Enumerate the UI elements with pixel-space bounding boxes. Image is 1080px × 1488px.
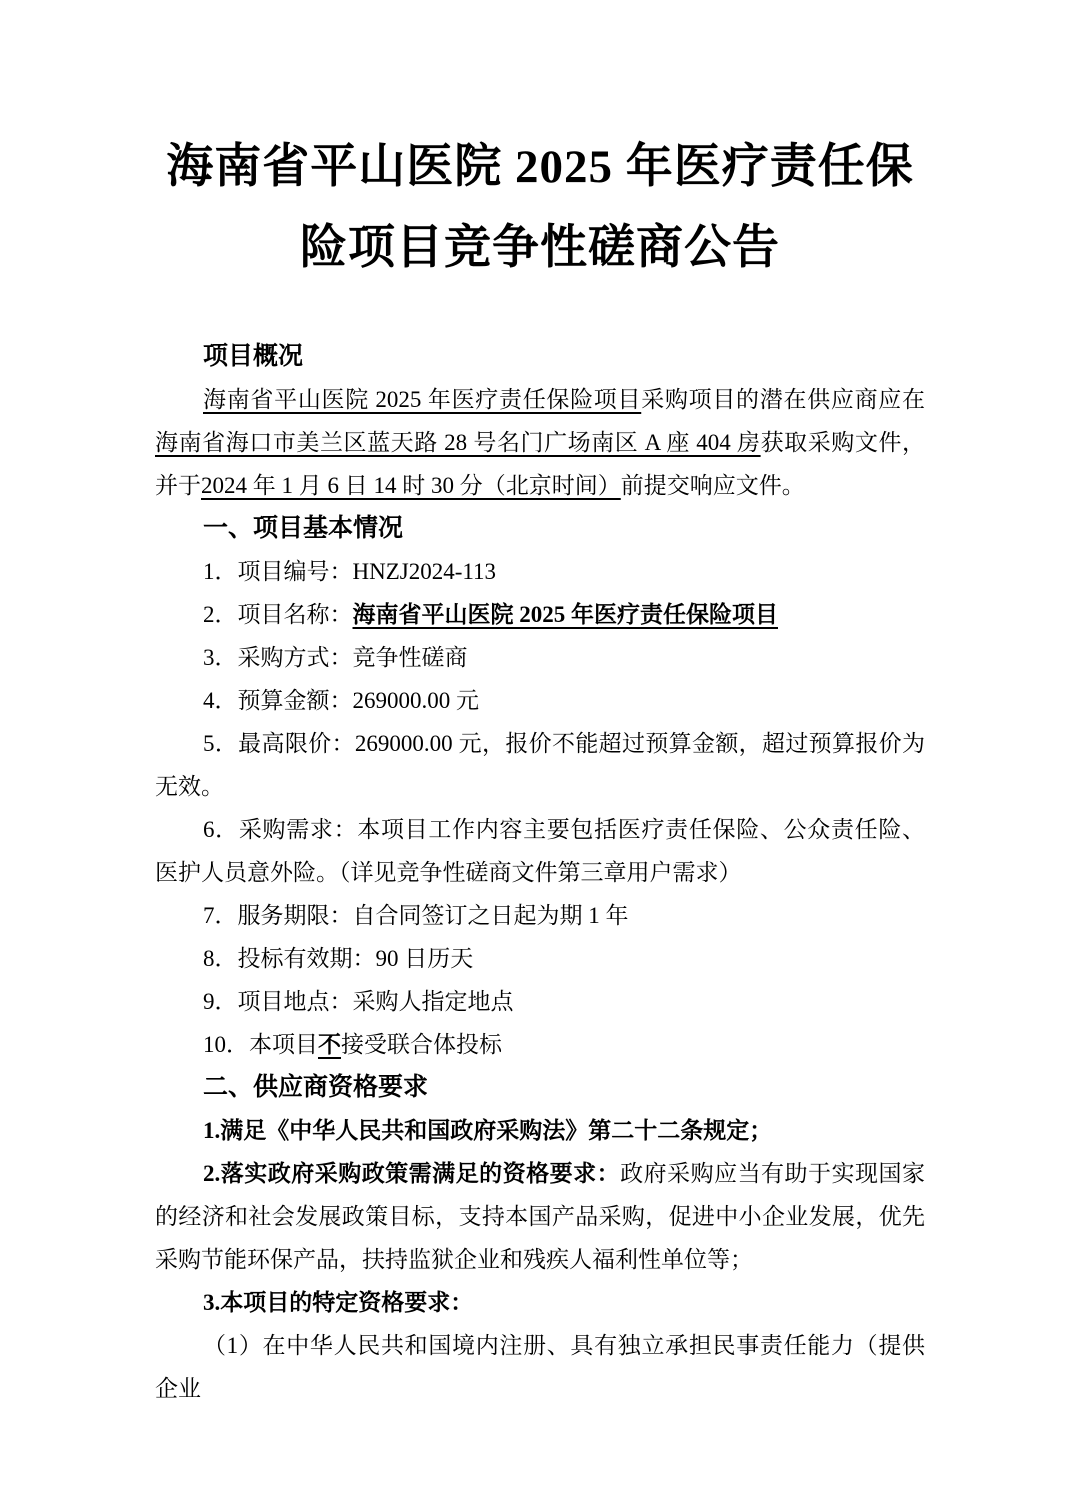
section-heading-1-run-0: 一、项目基本情况 xyxy=(203,515,403,542)
item-project-name-run-1: 海南省平山医院 2025 年医疗责任保险项目 xyxy=(353,602,779,627)
section-heading-overview: 项目概况 xyxy=(155,335,925,378)
section-heading-2-run-0: 二、供应商资格要求 xyxy=(203,1074,428,1101)
section-heading-1: 一、项目基本情况 xyxy=(155,507,925,550)
qualification-3-sub-1: （1）在中华人民共和国境内注册、具有独立承担民事责任能力（提供企业 xyxy=(155,1324,925,1410)
item-max-price: 5．最高限价：269000.00 元，报价不能超过预算金额，超过预算报价为无效。 xyxy=(155,722,925,808)
qualification-3-run-0: 3.本项目的特定资格要求： xyxy=(203,1290,473,1315)
item-bid-validity: 8．投标有效期：90 日历天 xyxy=(155,937,925,980)
document-title-line-2: 险项目竞争性磋商公告 xyxy=(155,208,925,289)
item-no-consortium-run-1: 不 xyxy=(318,1032,341,1057)
item-project-number: 1．项目编号：HNZJ2024-113 xyxy=(155,550,925,593)
item-no-consortium: 10．本项目不接受联合体投标 xyxy=(155,1023,925,1066)
item-budget-amount: 4．预算金额：269000.00 元 xyxy=(155,679,925,722)
overview-paragraph-run-1: 采购项目的潜在供应商应在 xyxy=(641,387,925,412)
qualification-3-sub-1-run-0: （1）在中华人民共和国境内注册、具有独立承担民事责任能力（提供企业 xyxy=(155,1333,925,1401)
document-body: 项目概况海南省平山医院 2025 年医疗责任保险项目采购项目的潜在供应商应在海南… xyxy=(155,335,925,1410)
item-bid-validity-run-0: 8．投标有效期：90 日历天 xyxy=(203,946,473,971)
item-project-name: 2．项目名称：海南省平山医院 2025 年医疗责任保险项目 xyxy=(155,593,925,636)
item-project-location: 9．项目地点：采购人指定地点 xyxy=(155,980,925,1023)
document-title: 海南省平山医院 2025 年医疗责任保 险项目竞争性磋商公告 xyxy=(155,127,925,289)
document-title-line-1: 海南省平山医院 2025 年医疗责任保 xyxy=(155,127,925,208)
overview-paragraph-run-4: 2024 年 1 月 6 日 14 时 30 分（北京时间） xyxy=(201,473,621,498)
section-heading-overview-run-0: 项目概况 xyxy=(203,343,303,370)
item-service-period-run-0: 7．服务期限：自合同签订之日起为期 1 年 xyxy=(203,903,629,928)
qualification-1-run-0: 1.满足《中华人民共和国政府采购法》第二十二条规定； xyxy=(203,1118,772,1143)
qualification-2-run-0: 2.落实政府采购政策需满足的资格要求： xyxy=(203,1161,620,1186)
item-service-period: 7．服务期限：自合同签订之日起为期 1 年 xyxy=(155,894,925,937)
item-no-consortium-run-0: 10．本项目 xyxy=(203,1032,318,1057)
overview-paragraph-run-5: 前提交响应文件。 xyxy=(621,473,805,498)
item-no-consortium-run-2: 接受联合体投标 xyxy=(341,1032,502,1057)
overview-paragraph-run-2: 海南省海口市美兰区蓝天路 28 号名门广场南区 A 座 404 房 xyxy=(155,430,761,455)
item-procurement-method-run-0: 3．采购方式：竞争性磋商 xyxy=(203,645,468,670)
overview-paragraph: 海南省平山医院 2025 年医疗责任保险项目采购项目的潜在供应商应在海南省海口市… xyxy=(155,378,925,507)
section-heading-2: 二、供应商资格要求 xyxy=(155,1066,925,1109)
item-project-location-run-0: 9．项目地点：采购人指定地点 xyxy=(203,989,514,1014)
item-project-number-run-0: 1．项目编号：HNZJ2024-113 xyxy=(203,559,496,584)
item-procurement-method: 3．采购方式：竞争性磋商 xyxy=(155,636,925,679)
overview-paragraph-run-0: 海南省平山医院 2025 年医疗责任保险项目 xyxy=(203,387,641,412)
document-page: 海南省平山医院 2025 年医疗责任保 险项目竞争性磋商公告 项目概况海南省平山… xyxy=(0,0,1080,1488)
item-budget-amount-run-0: 4．预算金额：269000.00 元 xyxy=(203,688,479,713)
item-project-name-run-0: 2．项目名称： xyxy=(203,602,353,627)
qualification-2: 2.落实政府采购政策需满足的资格要求：政府采购应当有助于实现国家的经济和社会发展… xyxy=(155,1152,925,1281)
item-procurement-needs-run-0: 6．采购需求：本项目工作内容主要包括医疗责任保险、公众责任险、医护人员意外险。（… xyxy=(155,817,925,885)
qualification-3: 3.本项目的特定资格要求： xyxy=(155,1281,925,1324)
item-max-price-run-0: 5．最高限价：269000.00 元，报价不能超过预算金额，超过预算报价为无效。 xyxy=(155,731,925,799)
item-procurement-needs: 6．采购需求：本项目工作内容主要包括医疗责任保险、公众责任险、医护人员意外险。（… xyxy=(155,808,925,894)
qualification-1: 1.满足《中华人民共和国政府采购法》第二十二条规定； xyxy=(155,1109,925,1152)
